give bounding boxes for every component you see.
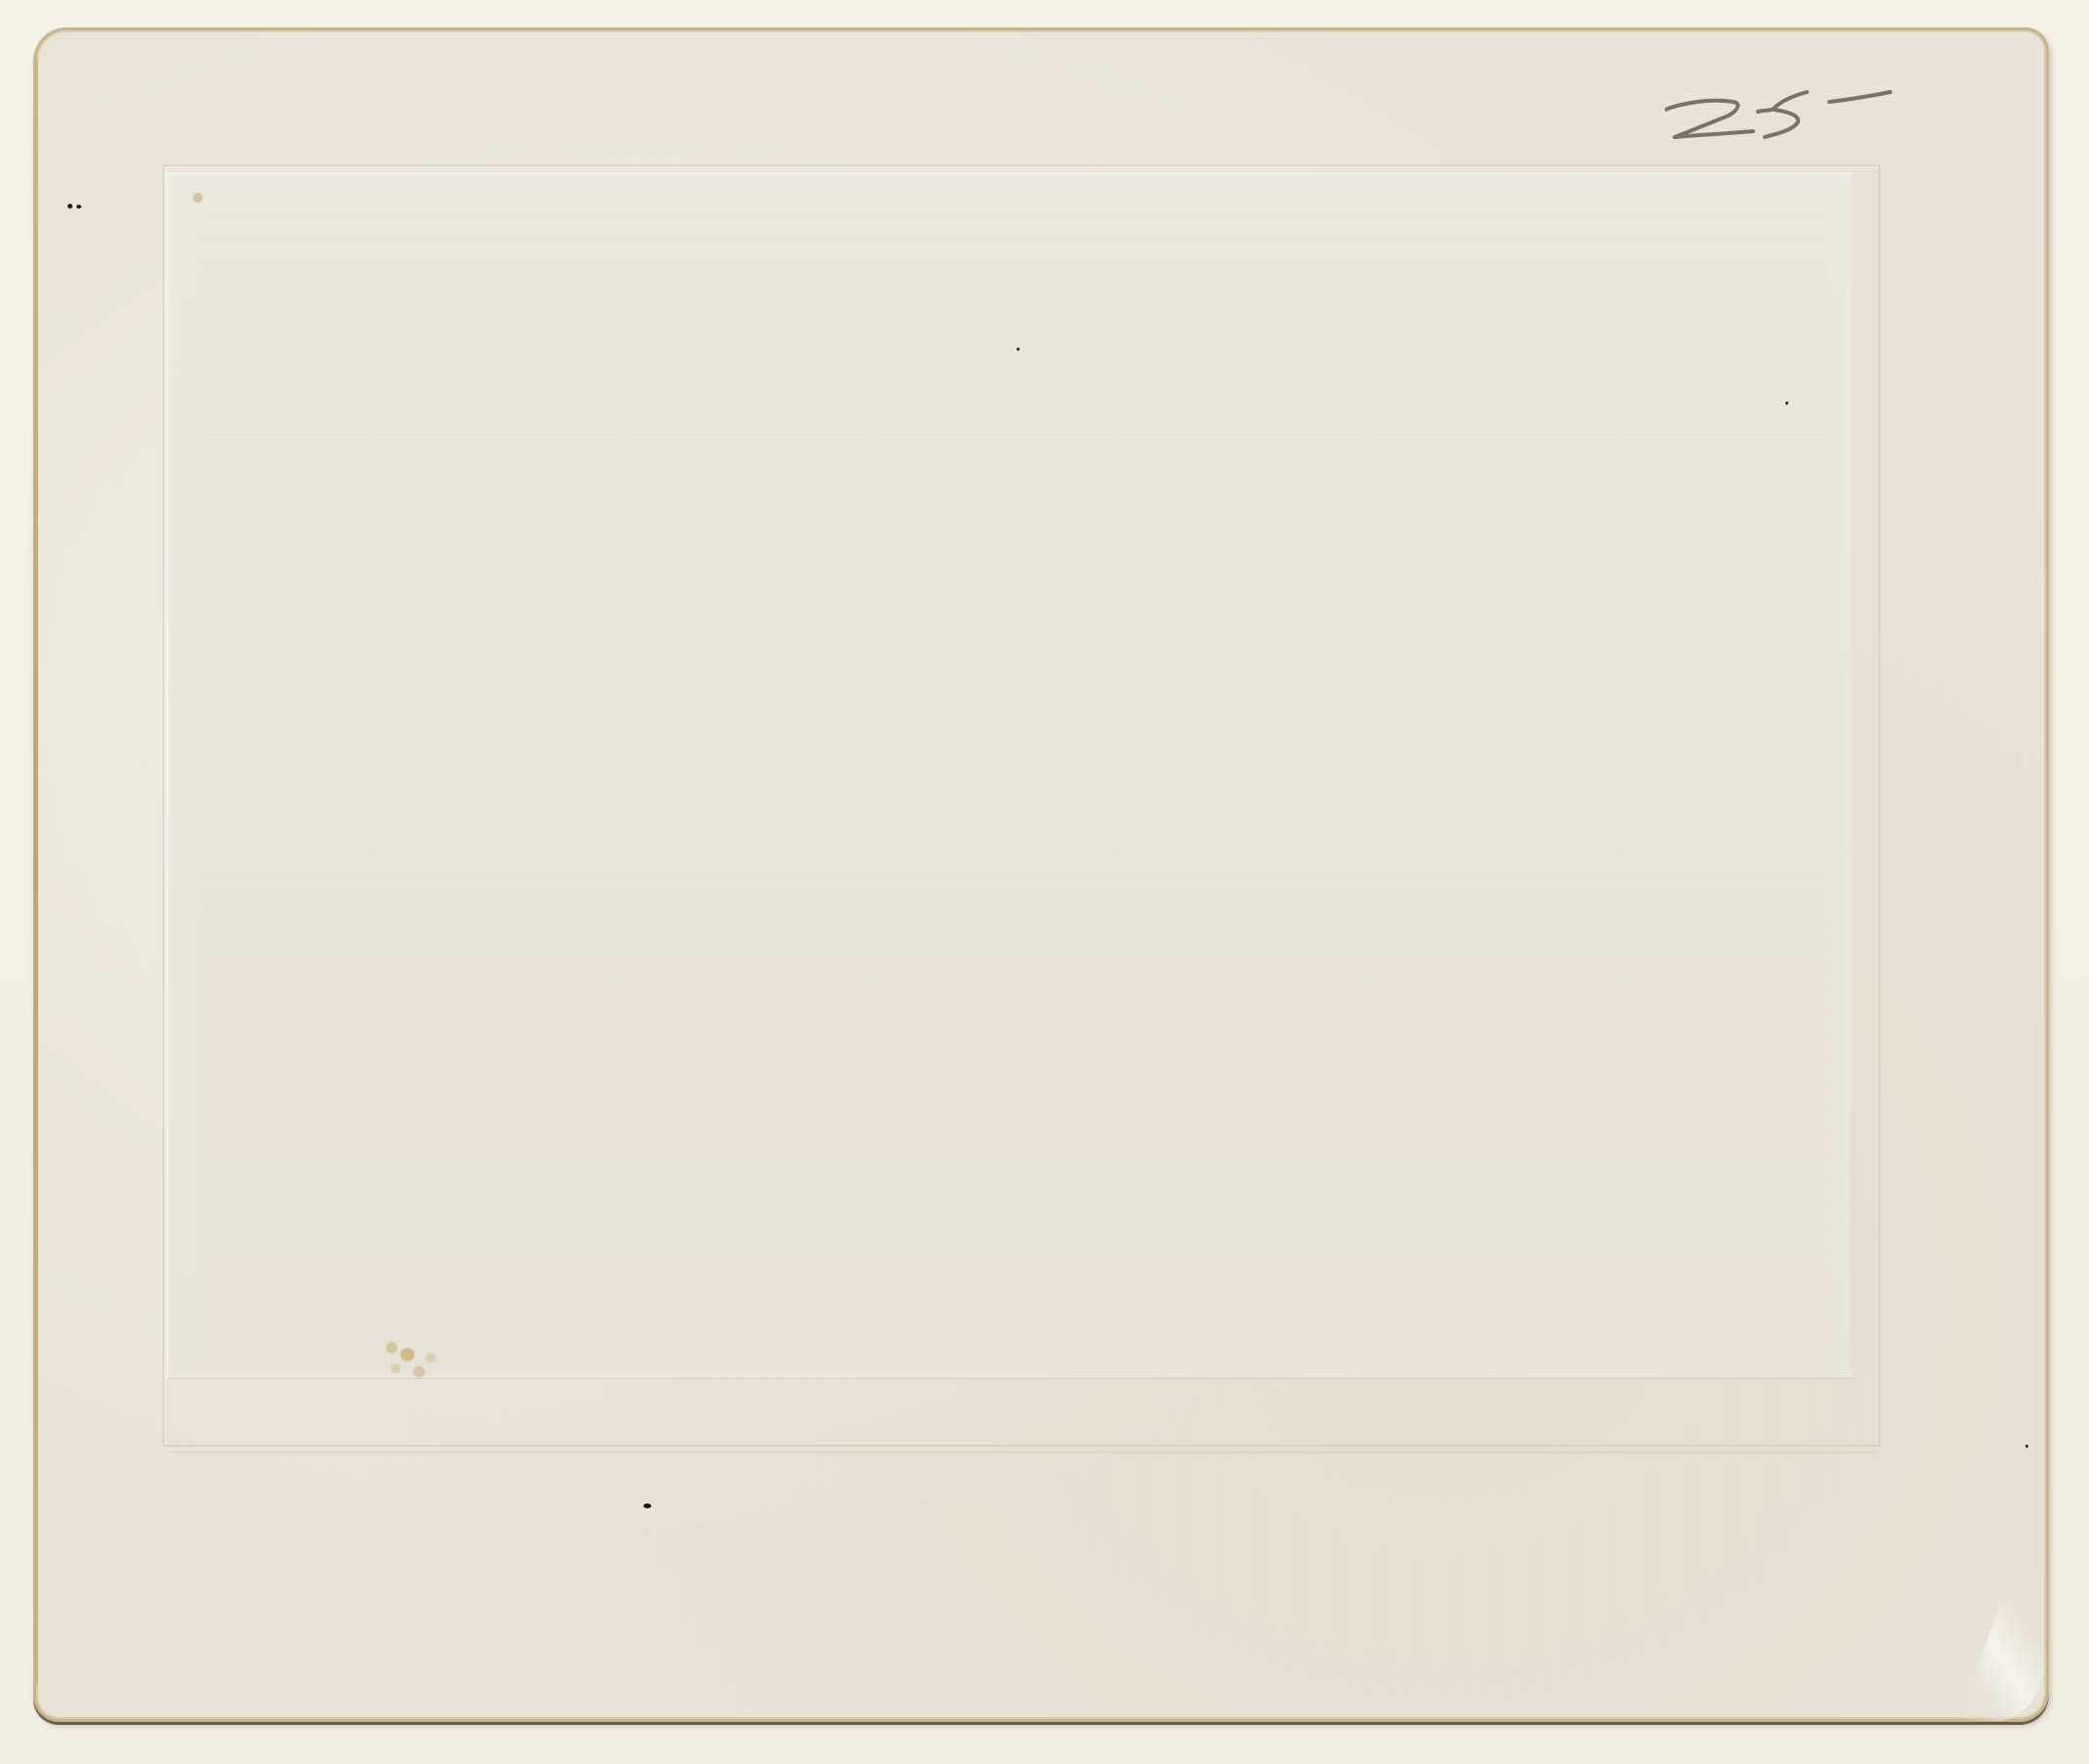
embossed-bottom-line xyxy=(168,1452,1877,1453)
speck xyxy=(76,205,81,209)
card-left-edge xyxy=(33,59,38,1685)
handwritten-note: 25- xyxy=(1665,80,1920,159)
speck xyxy=(1017,348,1020,351)
speck xyxy=(643,1503,651,1508)
cabinet-card-back xyxy=(33,27,2049,1722)
speck xyxy=(1785,402,1788,405)
speck xyxy=(2025,1445,2028,1448)
foxing-stain xyxy=(372,1327,451,1396)
paper-texture xyxy=(39,33,2043,1716)
handwritten-note-text: 25- xyxy=(1665,80,1666,81)
stain-spot xyxy=(193,193,203,203)
scan-background: 25- xyxy=(0,0,2089,1764)
speck xyxy=(68,204,72,209)
handwritten-25-icon xyxy=(1665,80,1920,159)
